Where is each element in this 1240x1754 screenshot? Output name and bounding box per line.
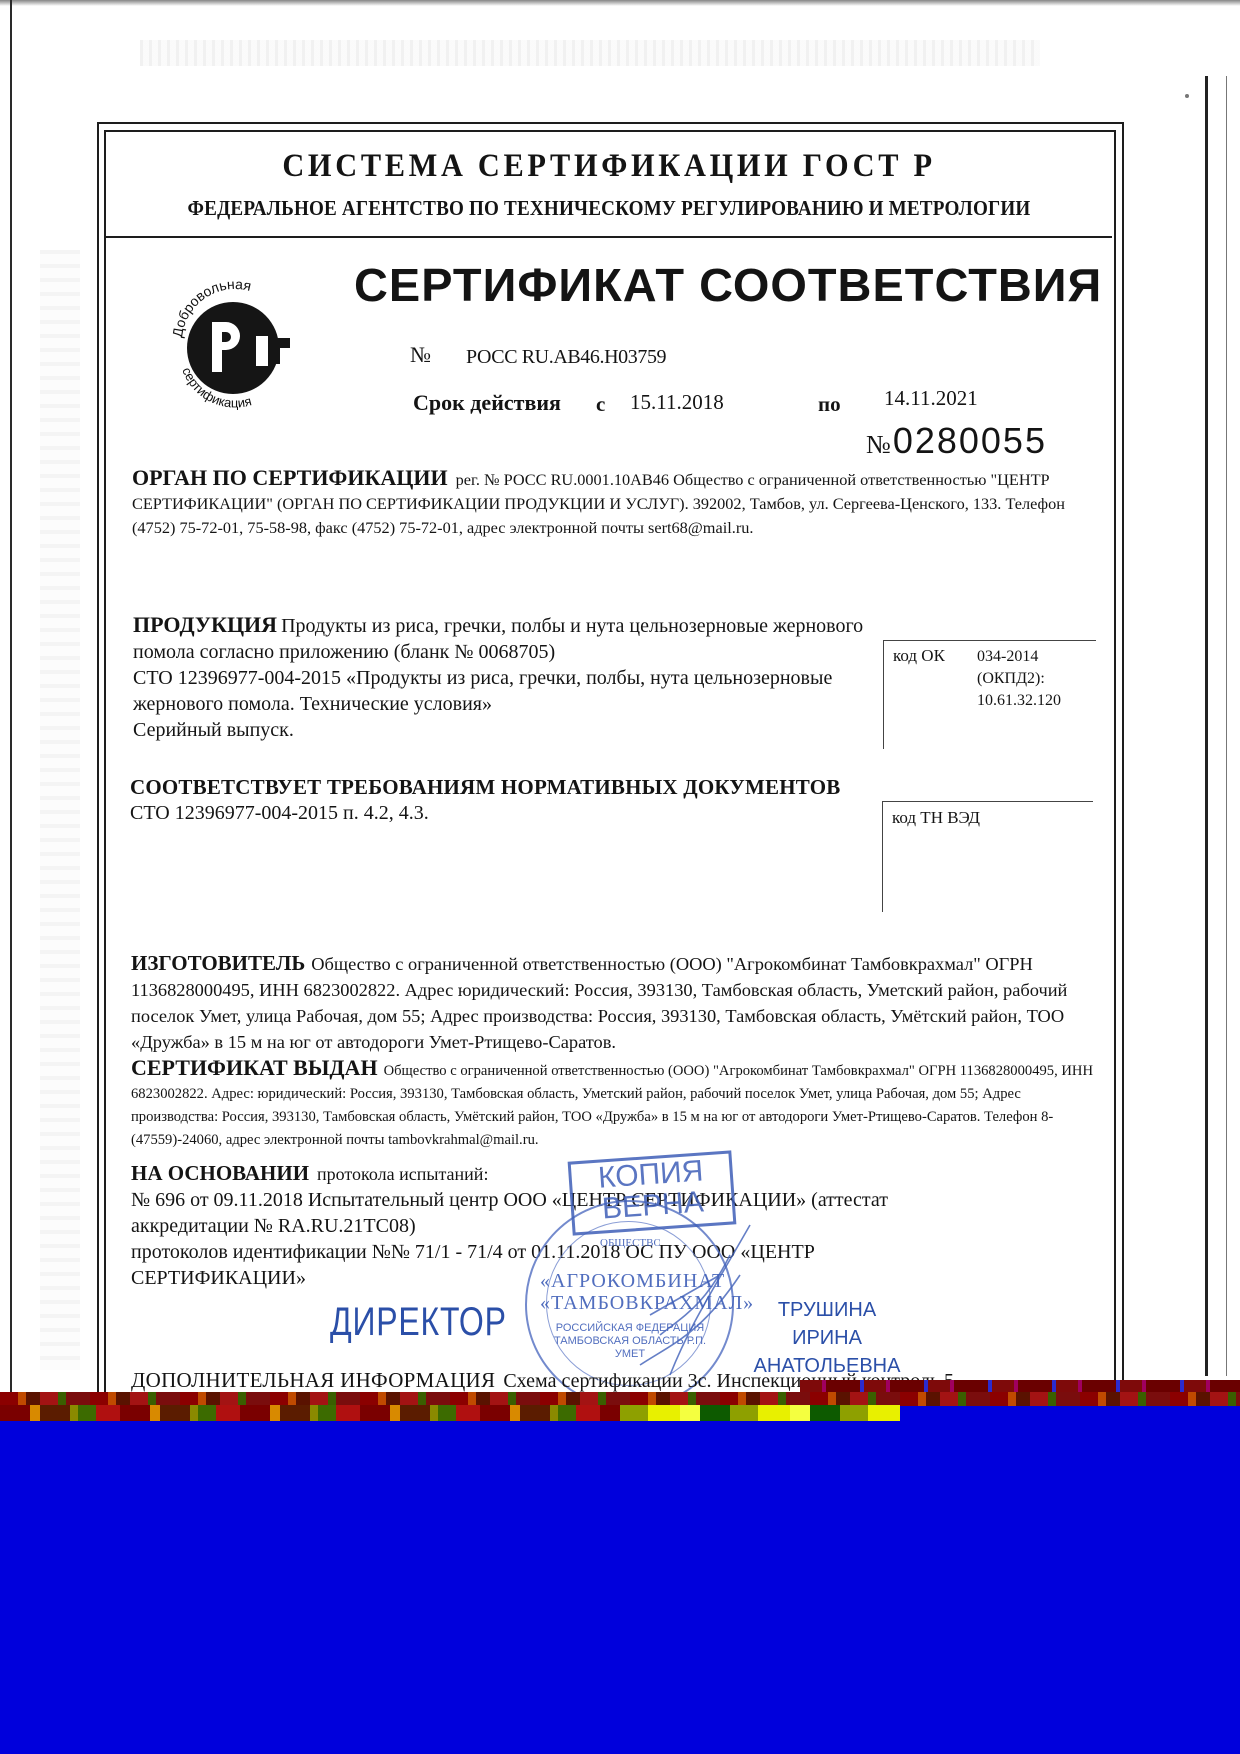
issued-to-label: СЕРТИФИКАТ ВЫДАН	[131, 1055, 378, 1080]
rst-voluntary-certification-logo-icon: Добровольная сертификация	[160, 270, 310, 420]
certification-body-label: ОРГАН ПО СЕРТИФИКАЦИИ	[132, 465, 448, 490]
conformity-label: СООТВЕТСТВУЕТ ТРЕБОВАНИЯМ НОРМАТИВНЫХ ДО…	[130, 774, 890, 800]
blank-number: №0280055	[866, 420, 1047, 462]
section-certification-body: ОРГАН ПО СЕРТИФИКАЦИИрег. № РОСС RU.0001…	[132, 466, 1098, 540]
scan-shading-left	[40, 250, 80, 1370]
blank-number-symbol: №	[866, 430, 891, 459]
signer-name-line: ТРУШИНА ИРИНА	[752, 1296, 902, 1352]
director-title: ДИРЕКТОР	[330, 1300, 507, 1345]
header-divider	[106, 236, 1112, 238]
certificate-number: РОСС RU.АВ46.Н03759	[466, 346, 666, 369]
product-label: ПРОДУКЦИЯ	[133, 612, 277, 637]
image-corruption-band	[620, 1405, 900, 1421]
manufacturer-label: ИЗГОТОВИТЕЛЬ	[131, 951, 305, 975]
section-conformity: СООТВЕТСТВУЕТ ТРЕБОВАНИЯМ НОРМАТИВНЫХ ДО…	[130, 774, 890, 826]
validity-from-label: с	[596, 392, 605, 417]
basis-line: аккредитации № RA.RU.21ТС08)	[131, 1215, 416, 1237]
image-corruption-band	[0, 1405, 620, 1421]
signature-icon	[630, 1215, 770, 1385]
scan-speck	[1185, 94, 1189, 98]
valid-to-date: 14.11.2021	[884, 386, 978, 411]
image-corruption-fill	[900, 1406, 1240, 1422]
validity-label: Срок действия	[413, 390, 561, 416]
section-product: ПРОДУКЦИЯПродукты из риса, гречки, полбы…	[133, 612, 873, 743]
conformity-text: СТО 12396977-004-2015 п. 4.2, 4.3.	[130, 802, 429, 824]
agency-name: ФЕДЕРАЛЬНОЕ АГЕНТСТВО ПО ТЕХНИЧЕСКОМУ РЕ…	[151, 196, 1066, 221]
ok-code-label: код ОК	[893, 646, 945, 666]
image-corruption-fill	[0, 1421, 1240, 1754]
ok-code-value: 034-2014 (ОКПД2): 10.61.32.120	[977, 646, 1097, 712]
basis-label: НА ОСНОВАНИИ	[131, 1161, 309, 1185]
tn-ved-label: код ТН ВЭД	[892, 808, 980, 828]
basis-line: СЕРТИФИКАЦИИ»	[131, 1267, 306, 1289]
valid-from-date: 15.11.2018	[630, 390, 724, 415]
page-edge-right	[1205, 76, 1208, 1376]
certificate-number-label: №	[410, 342, 431, 368]
page-edge-right-thin	[1226, 76, 1227, 1376]
additional-info-label: ДОПОЛНИТЕЛЬНАЯ ИНФОРМАЦИЯ	[131, 1368, 495, 1392]
scan-bleed-through	[140, 40, 1040, 66]
certificate-title: СЕРТИФИКАТ СООТВЕТСТВИЯ	[354, 258, 1102, 312]
page-edge-left	[10, 0, 12, 1400]
ok-code-line: 034-2014	[977, 646, 1097, 668]
basis-line: № 696 от 09.11.2018 Испытательный центр …	[131, 1189, 888, 1211]
product-standard: СТО 12396977-004-2015 «Продукты из риса,…	[133, 667, 832, 715]
image-corruption-band	[0, 1392, 1240, 1406]
section-issued-to: СЕРТИФИКАТ ВЫДАНОбщество с ограниченной …	[131, 1056, 1111, 1152]
system-title: СИСТЕМА СЕРТИФИКАЦИИ ГОСТ Р	[146, 148, 1072, 185]
validity-to-label: по	[818, 392, 841, 417]
basis-first-line: протокола испытаний:	[317, 1164, 488, 1184]
scan-top-shadow	[0, 0, 1240, 6]
ok-code-line: (ОКПД2):	[977, 668, 1097, 690]
ok-code-line: 10.61.32.120	[977, 690, 1097, 712]
blank-number-value: 0280055	[893, 420, 1047, 461]
section-manufacturer: ИЗГОТОВИТЕЛЬОбщество с ограниченной отве…	[131, 950, 1111, 1055]
product-release: Серийный выпуск.	[133, 719, 294, 741]
